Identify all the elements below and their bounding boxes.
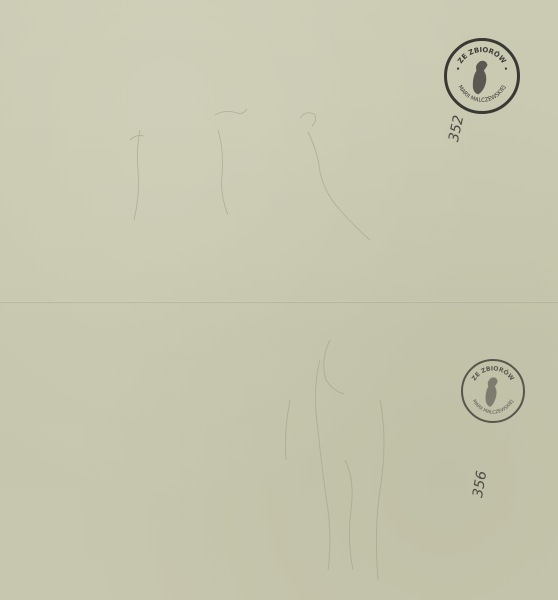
handwritten-number-top: 352	[446, 114, 467, 143]
document-sheet: ZE ZBIORÓW MARII MALCZEWSKIEJ ZE ZBIORÓW…	[0, 0, 558, 600]
collection-stamp-bottom: ZE ZBIORÓW MARII MALCZEWSKIEJ	[461, 359, 525, 423]
paper-fold-line	[0, 301, 558, 304]
stamp-emblem-icon: ZE ZBIORÓW MARII MALCZEWSKIEJ	[447, 41, 517, 111]
handwritten-number-bottom: 356	[470, 470, 490, 499]
stamp-emblem-icon: ZE ZBIORÓW MARII MALCZEWSKIEJ	[463, 361, 523, 421]
collection-stamp-top: ZE ZBIORÓW MARII MALCZEWSKIEJ	[444, 38, 520, 114]
